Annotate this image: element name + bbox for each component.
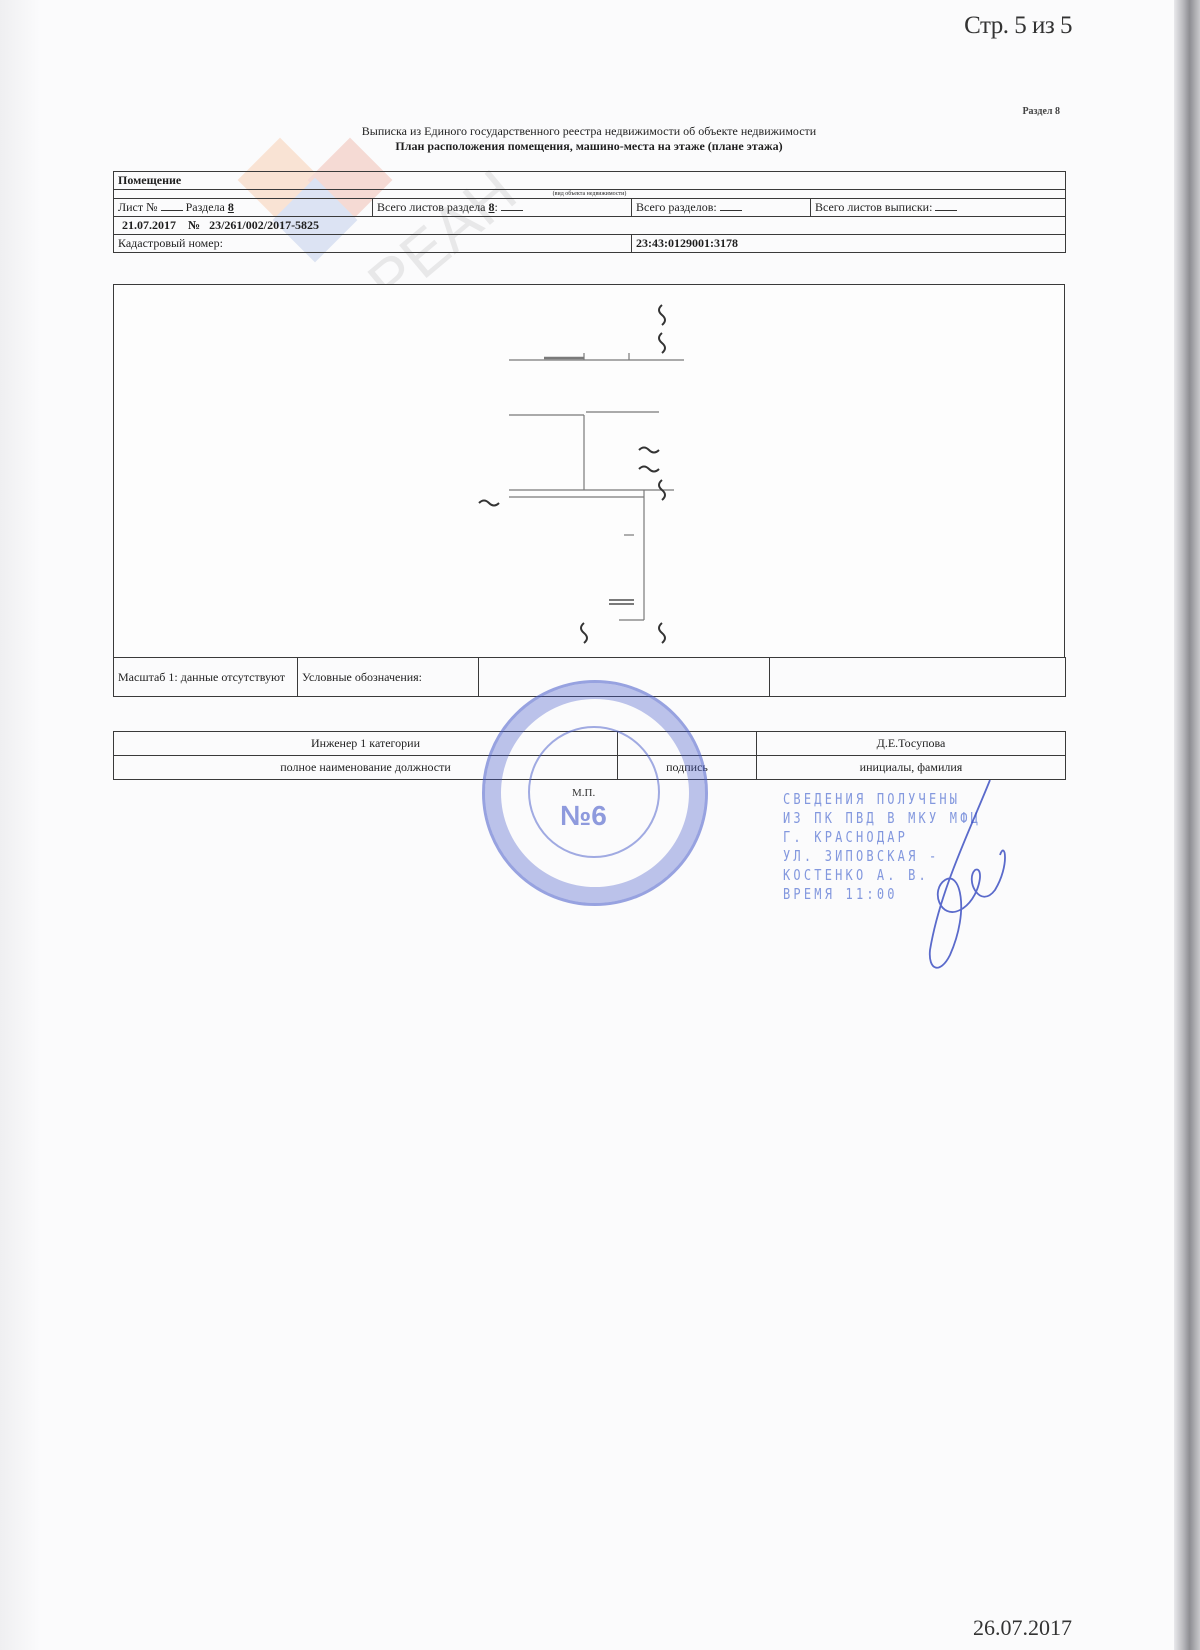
- document-title: Выписка из Единого государственного реес…: [113, 124, 1065, 154]
- floor-plan-drawing: [114, 285, 1064, 658]
- blank: [501, 200, 523, 211]
- legend-cell-2: [770, 658, 1066, 697]
- section-label: Раздела: [186, 200, 225, 214]
- object-header-table: Помещение (вид объекта недвижимости) Лис…: [113, 171, 1066, 253]
- total-sections-cell: Всего разделов:: [632, 199, 811, 217]
- blank: [935, 200, 957, 211]
- title-line-1: Выписка из Единого государственного реес…: [113, 124, 1065, 139]
- seal-number: №6: [560, 800, 607, 832]
- number-sign: №: [188, 218, 200, 232]
- page-counter: Стр. 5 из 5: [964, 12, 1072, 40]
- scale-note: Масштаб 1: данные отсутствуют: [114, 658, 298, 697]
- registration-row: 21.07.2017 № 23/261/002/2017-5825: [114, 217, 1066, 235]
- seal-label: М.П.: [572, 787, 595, 799]
- section-value: 8: [228, 200, 234, 214]
- section-tag: Раздел 8: [1022, 106, 1060, 117]
- total-sheets-extract-cell: Всего листов выписки:: [811, 199, 1066, 217]
- cadastral-label: Кадастровый номер:: [114, 235, 632, 253]
- sheet-number-cell: Лист № Раздела 8: [114, 199, 373, 217]
- legend-label: Условные обозначения:: [298, 658, 479, 697]
- object-type-caption: (вид объекта недвижимости): [114, 190, 1066, 199]
- object-type: Помещение: [114, 172, 1066, 190]
- total-sections-label: Всего разделов:: [636, 200, 717, 214]
- sheet-label: Лист №: [118, 200, 158, 214]
- registration-date: 21.07.2017: [122, 218, 176, 232]
- sheet-blank: [161, 200, 183, 211]
- blank: [720, 200, 742, 211]
- print-date: 26.07.2017: [973, 1615, 1072, 1641]
- cadastral-number: 23:43:0129001:3178: [632, 235, 1066, 253]
- total-sheets-section-cell: Всего листов раздела 8:: [373, 199, 632, 217]
- total-sheets-section-label: Всего листов раздела: [377, 200, 486, 214]
- page-edge: [1174, 0, 1200, 1650]
- official-name: Д.Е.Тосупова: [757, 732, 1066, 756]
- colon: :: [495, 200, 498, 214]
- total-sheets-extract-label: Всего листов выписки:: [815, 200, 932, 214]
- handwritten-signature: [900, 770, 1060, 990]
- title-line-2: План расположения помещения, машино-мест…: [113, 139, 1065, 154]
- floor-plan: [113, 284, 1065, 658]
- scan-shadow: [0, 0, 40, 1650]
- registration-number: 23/261/002/2017-5825: [209, 218, 319, 232]
